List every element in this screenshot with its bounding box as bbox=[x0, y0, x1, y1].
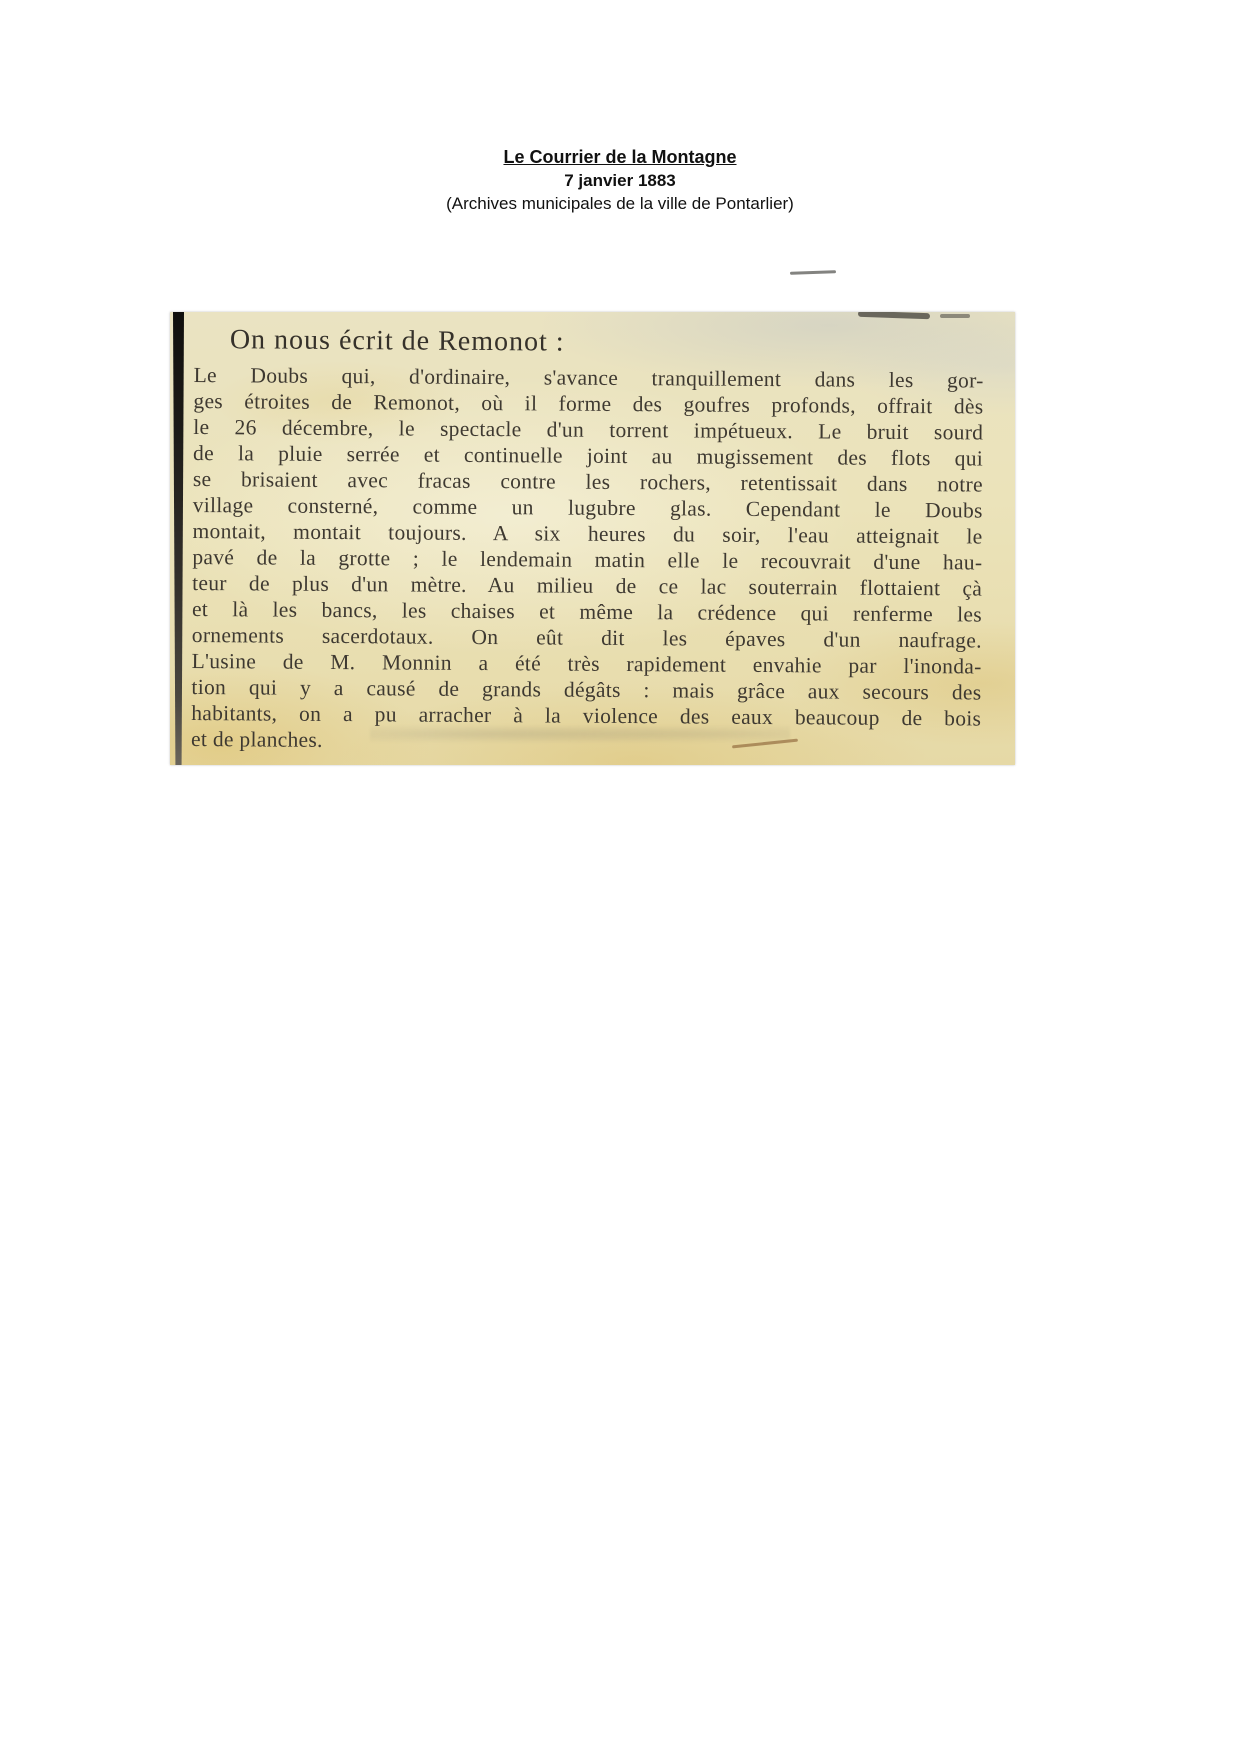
clipping-headline: On nous écrit de Remonot : bbox=[230, 324, 994, 361]
clipping-paragraph-1: Le Doubs qui, d'ordinaire, s'avance tran… bbox=[192, 362, 984, 654]
scan-smudge-mark bbox=[940, 314, 970, 318]
scan-edge-shadow-bar bbox=[173, 312, 184, 765]
scan-stray-mark bbox=[790, 270, 836, 275]
publication-date: 7 janvier 1883 bbox=[0, 169, 1240, 192]
scan-smudge-mark bbox=[858, 312, 930, 319]
publication-title: Le Courrier de la Montagne bbox=[0, 146, 1240, 169]
archive-source-line: (Archives municipales de la ville de Pon… bbox=[0, 192, 1240, 215]
document-page: Le Courrier de la Montagne 7 janvier 188… bbox=[0, 0, 1240, 1754]
scan-ghost-bleedthrough bbox=[370, 724, 790, 744]
clipping-text-block: On nous écrit de Remonot : Le Doubs qui,… bbox=[191, 324, 994, 758]
newspaper-clipping-scan: On nous écrit de Remonot : Le Doubs qui,… bbox=[170, 312, 1015, 765]
document-header: Le Courrier de la Montagne 7 janvier 188… bbox=[0, 146, 1240, 215]
